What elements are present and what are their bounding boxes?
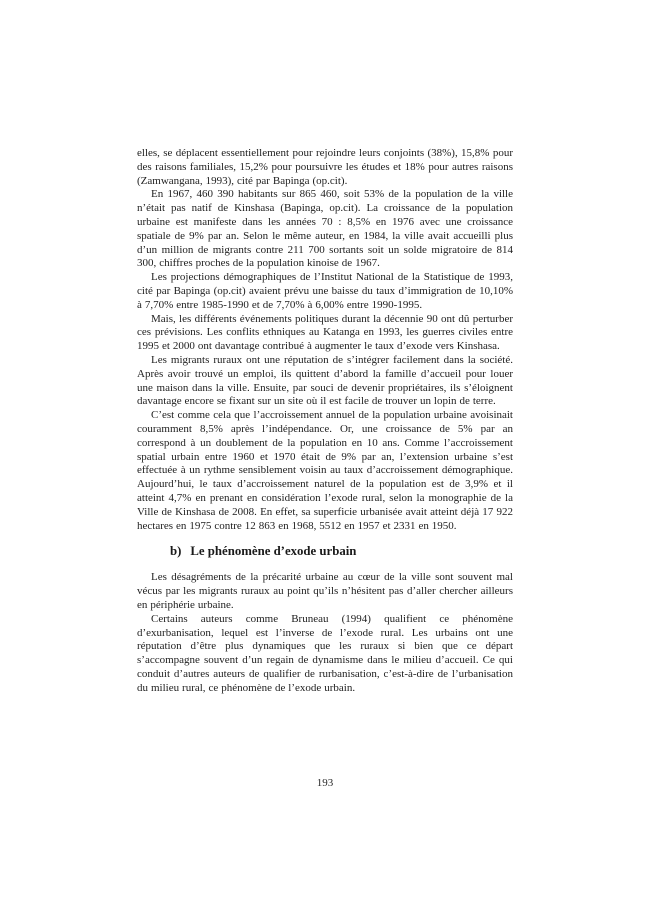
paragraph: C’est comme cela que l’accroissement ann… [137, 409, 513, 533]
paragraph: Les migrants ruraux ont une réputation d… [137, 354, 513, 409]
paragraph: Les projections démographiques de l’Inst… [137, 271, 513, 312]
paragraph: Certains auteurs comme Bruneau (1994) qu… [137, 613, 513, 696]
paragraph: Les désagréments de la précarité urbaine… [137, 571, 513, 612]
document-page: elles, se déplacent essentiellement pour… [0, 0, 650, 920]
paragraph: Mais, les différents événements politiqu… [137, 313, 513, 354]
section-heading-marker: b) [170, 544, 190, 558]
text-block: elles, se déplacent essentiellement pour… [137, 147, 513, 695]
page-number: 193 [137, 776, 513, 790]
section-heading: b)Le phénomène d’exode urbain [170, 544, 513, 559]
paragraph: En 1967, 460 390 habitants sur 865 460, … [137, 188, 513, 271]
paragraph-continued: elles, se déplacent essentiellement pour… [137, 147, 513, 188]
section-heading-title: Le phénomène d’exode urbain [190, 544, 356, 558]
